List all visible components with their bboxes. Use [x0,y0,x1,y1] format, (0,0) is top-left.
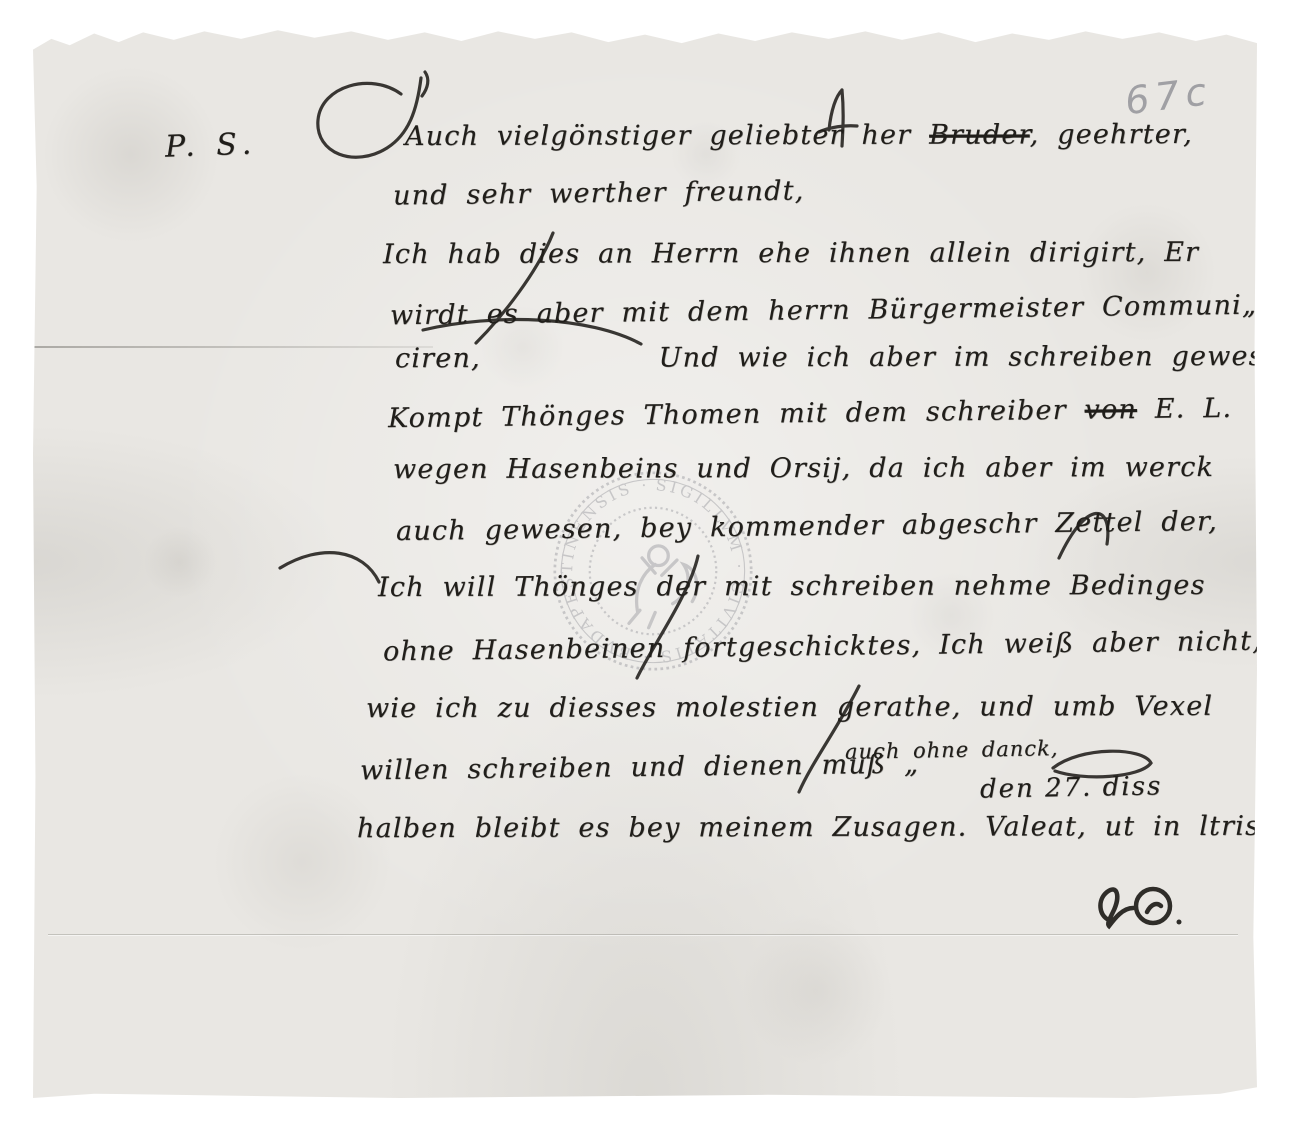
fold-crease-upper [33,346,433,348]
handwriting-text: wie ich zu diesses molestien gerathe, un… [366,691,1213,724]
handwriting-text: wirdt es aber mit dem herrn Bürgermeiste… [390,290,1257,332]
scanned-letter-page: SIGILLVM · CIVITATIS · BVDAPESTINENSIS · [0,0,1290,1124]
handwriting-text: ciren, Und wie ich aber im schreiben gew… [395,341,1290,374]
struck-word: Bruder [929,119,1030,150]
fold-crease-lower [48,934,1238,935]
postscript-label: P. S. [164,126,257,164]
handwriting-line: halben bleibt es bey meinem Zusagen. Val… [357,813,1260,842]
handwriting-text: willen schreiben und dienen muß „ [360,749,920,787]
paper-tear-mark [57,25,73,33]
handwriting-text: E. L. [1137,393,1233,425]
paper-tear-mark [695,24,705,31]
handwriting-text: Auch vielgönstiger geliebter her [405,120,929,152]
handwriting-line: Kompt Thönges Thomen mit dem schreiber v… [388,395,1232,432]
handwriting-line: und sehr werther freundt, [393,177,805,209]
handwriting-line: auch gewesen, bey kommender abgeschr Zet… [396,508,1218,545]
handwriting-line: ciren, Und wie ich aber im schreiben gew… [395,343,1290,372]
monogram-d-inner [1147,904,1161,912]
handwriting-text: Ich hab dies an Herrn ehe ihnen allein d… [383,237,1199,270]
handwriting-text: Kompt Thönges Thomen mit dem schreiber [388,395,1085,435]
handwriting-line: Ich hab dies an Herrn ehe ihnen allein d… [383,239,1199,268]
handwriting-text: , geehrter, [1030,119,1193,150]
handwriting-line: wirdt es aber mit dem herrn Bürgermeiste… [390,292,1257,330]
date-note: den 27. diss [980,771,1163,804]
signature-monogram [1095,862,1215,942]
handwriting-text: wegen Hasenbeins und Orsij, da ich aber … [393,452,1214,485]
handwriting-line: wegen Hasenbeins und Orsij, da ich aber … [393,454,1214,483]
monogram-h-stroke [1100,889,1133,926]
monogram-dot [1177,920,1182,925]
letter-paper: SIGILLVM · CIVITATIS · BVDAPESTINENSIS · [33,26,1257,1098]
handwriting-text: ohne Hasenbeinen fortgeschicktes, Ich we… [383,626,1262,668]
struck-word: von [1084,394,1137,426]
handwriting-line: wie ich zu diesses molestien gerathe, un… [366,693,1213,722]
handwriting-text: halben bleibt es bey meinem Zusagen. Val… [357,811,1260,844]
handwriting-line: willen schreiben und dienen muß „ [360,751,919,785]
handwriting-line: Auch vielgönstiger geliebter her Bruder,… [405,121,1193,150]
handwriting-line: Ich will Thönges der mit schreiben nehme… [378,572,1206,601]
handwriting-text: auch gewesen, bey kommender abgeschr Zet… [396,506,1218,547]
interlinear-insertion: auch ohne danck, [845,736,1059,764]
handwriting-text: Ich will Thönges der mit schreiben nehme… [378,570,1206,603]
handwriting-text: und sehr werther freundt, [393,175,805,211]
lead-in-flourish [280,553,379,582]
folio-number-pencil: 67c [1123,69,1215,123]
initial-letter-flourish [422,72,428,96]
handwriting-line: ohne Hasenbeinen fortgeschicktes, Ich we… [383,628,1262,666]
